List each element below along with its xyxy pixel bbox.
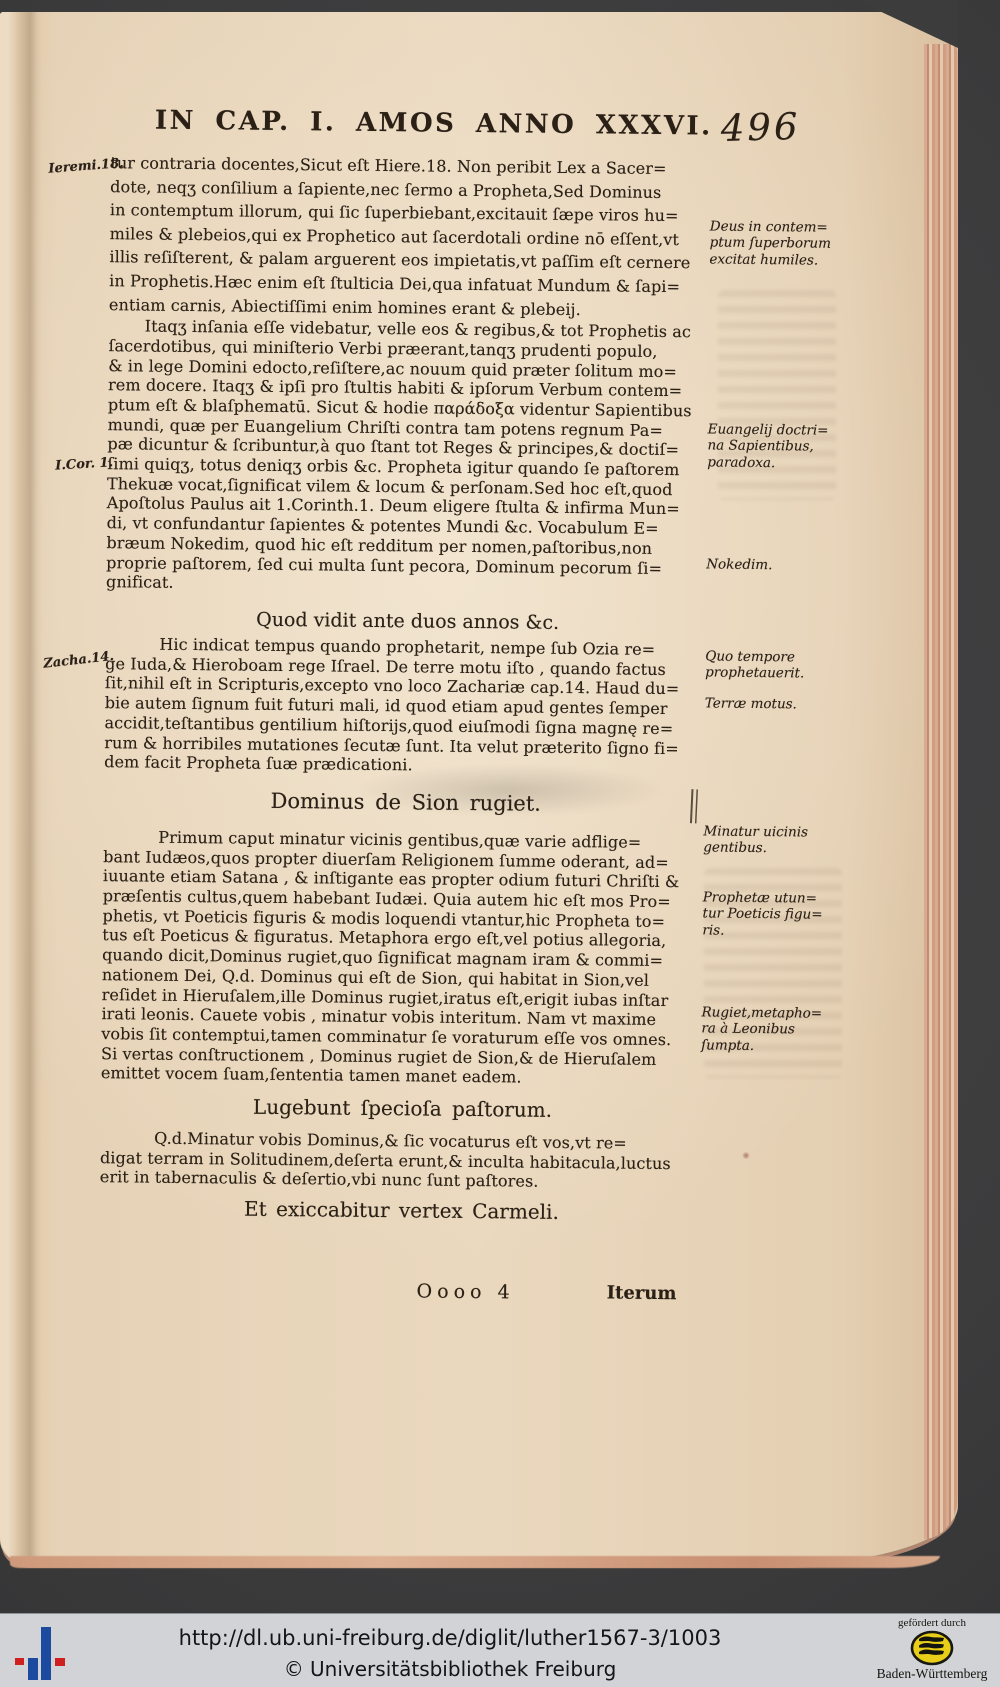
subheading-quod-vidit: Quod vidit ante duos annos &c. [106,606,710,636]
printed-page-content: IN CAP. I. AMOS ANNO XXXVI. 496 Ieremi.1… [0,12,958,1574]
margin-note-terrae-motus: Terræ motus. [705,695,841,713]
margin-note-nokedim: Nokedim. [706,556,842,574]
page-bottom-edge [10,1556,940,1568]
book-page: IN CAP. I. AMOS ANNO XXXVI. 496 Ieremi.1… [0,12,958,1564]
margin-note-minatur-vicinis: Minatur uicinisgentibus. [703,823,839,857]
text-column: tur contraria docentes,Sicut eſt Hiere.1… [99,151,715,1306]
paragraph-5: Q.d.Minatur vobis Dominus,& ſic vocaturu… [100,1128,705,1193]
signature-mark: Oooo 4 [416,1280,514,1305]
viewer-footer-bar: http://dl.ub.uni-freiburg.de/diglit/luth… [0,1613,1000,1687]
margin-note-zacha: Zacha.14. [43,649,115,672]
funder-name: Baden-Württemberg [866,1666,998,1682]
logo-red-block-left [15,1658,24,1665]
margin-note-quo-tempore: Quo temporeprophetauerit. [705,648,841,682]
margin-note-prophetae-poeticis: Prophetæ utun=tur Poeticis figu=ris. [702,889,839,940]
running-title: IN CAP. I. AMOS ANNO XXXVI. [134,105,734,141]
signature-line: Oooo 4 Iterum [99,1276,703,1306]
copyright-line: © Universitätsbibliothek Freiburg [130,1657,770,1681]
margin-note-1cor: I.Cor. 1. [55,455,114,473]
margin-note-euangelij-doctrina: Euangelij doctri=na Sapientibus,paradoxa… [707,421,844,472]
funder-block: gefördert durch Baden-Württemberg [866,1614,998,1687]
scanner-background: IN CAP. I. AMOS ANNO XXXVI. 496 Ieremi.1… [0,0,1000,1613]
paragraph-2: Itaqʒ inſania eſſe videbatur, velle eos … [106,316,713,598]
margin-note-rugiet-metaphora: Rugiet,metapho=ra à Leonibusſumpta. [701,1004,838,1055]
logo-red-block-right [55,1658,65,1666]
page-edge-stack [924,44,958,1539]
ub-freiburg-logo [0,1614,130,1687]
page-number: 496 [720,105,801,150]
subheading-et-exiccabitur: Et exiccabitur vertex Carmeli. [99,1195,703,1226]
catchword: Iterum [607,1282,677,1307]
logo-blue-bar-short [28,1658,38,1680]
margin-note-deus-in-contemptum: Deus in contem=ptum ſuperborumexcitat hu… [709,218,846,269]
source-url: http://dl.ub.uni-freiburg.de/diglit/luth… [130,1626,770,1650]
subheading-dominus-rugiet: Dominus de Sion rugiet. [104,786,708,818]
paragraph-3: Hic indicat tempus quando prophetarit, n… [104,634,709,778]
baden-wuerttemberg-coat-of-arms-icon [910,1630,954,1666]
paragraph-1: tur contraria docentes,Sicut eſt Hiere.1… [109,151,715,322]
subheading-lugebunt: Lugebunt ſpecioſa paſtorum. [100,1093,704,1124]
logo-blue-bar-tall [41,1627,51,1680]
paragraph-4: Primum caput minatur vicinis gentibus,qu… [101,827,708,1089]
funded-by-label: gefördert durch [866,1617,998,1629]
